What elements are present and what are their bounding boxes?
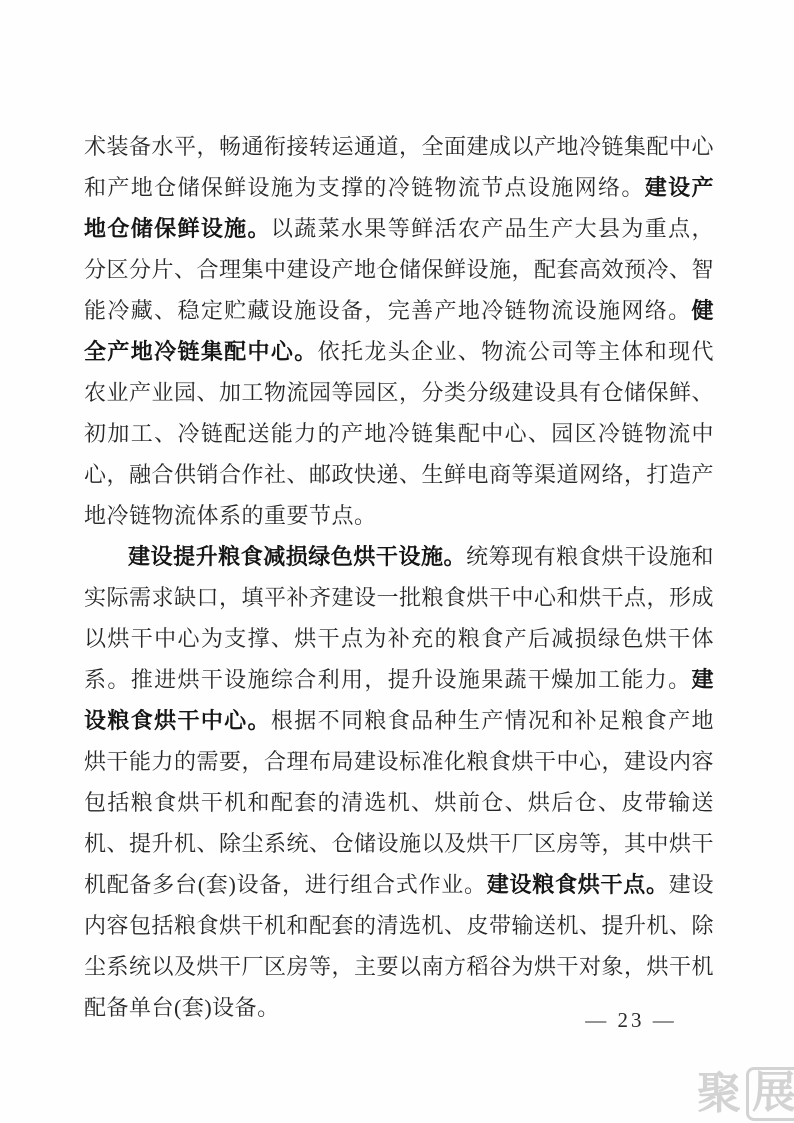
document-page: 术装备水平，畅通衔接转运通道，全面建成以产地冷链集配中心和产地仓储保鲜设施为支撑… <box>0 0 794 1123</box>
body-text: 术装备水平，畅通衔接转运通道，全面建成以产地冷链集配中心和产地仓储保鲜设施为支撑… <box>84 126 714 1028</box>
bold-heading-run: 建设粮食烘干点。 <box>487 872 669 897</box>
paragraph-cold-chain: 术装备水平，畅通衔接转运通道，全面建成以产地冷链集配中心和产地仓储保鲜设施为支撑… <box>84 126 714 536</box>
text-run: 依托龙头企业、物流公司等主体和现代农业产业园、加工物流园等园区，分类分级建设具有… <box>84 339 714 528</box>
watermark: 聚展 <box>697 1067 794 1121</box>
paragraph-grain-drying: 建设提升粮食减损绿色烘干设施。统筹现有粮食烘干设施和实际需求缺口，填平补齐建设一… <box>84 536 714 1028</box>
text-run: 根据不同粮食品种生产情况和补足粮食产地烘干能力的需要，合理布局建设标准化粮食烘干… <box>84 708 714 897</box>
watermark-char-left: 聚 <box>697 1072 741 1116</box>
page-number: — 23 — <box>531 1008 731 1033</box>
text-run: 术装备水平，畅通衔接转运通道，全面建成以产地冷链集配中心和产地仓储保鲜设施为支撑… <box>84 134 714 200</box>
bold-heading-run: 建设提升粮食减损绿色烘干设施。 <box>128 544 466 569</box>
watermark-char-right: 展 <box>746 1067 794 1121</box>
